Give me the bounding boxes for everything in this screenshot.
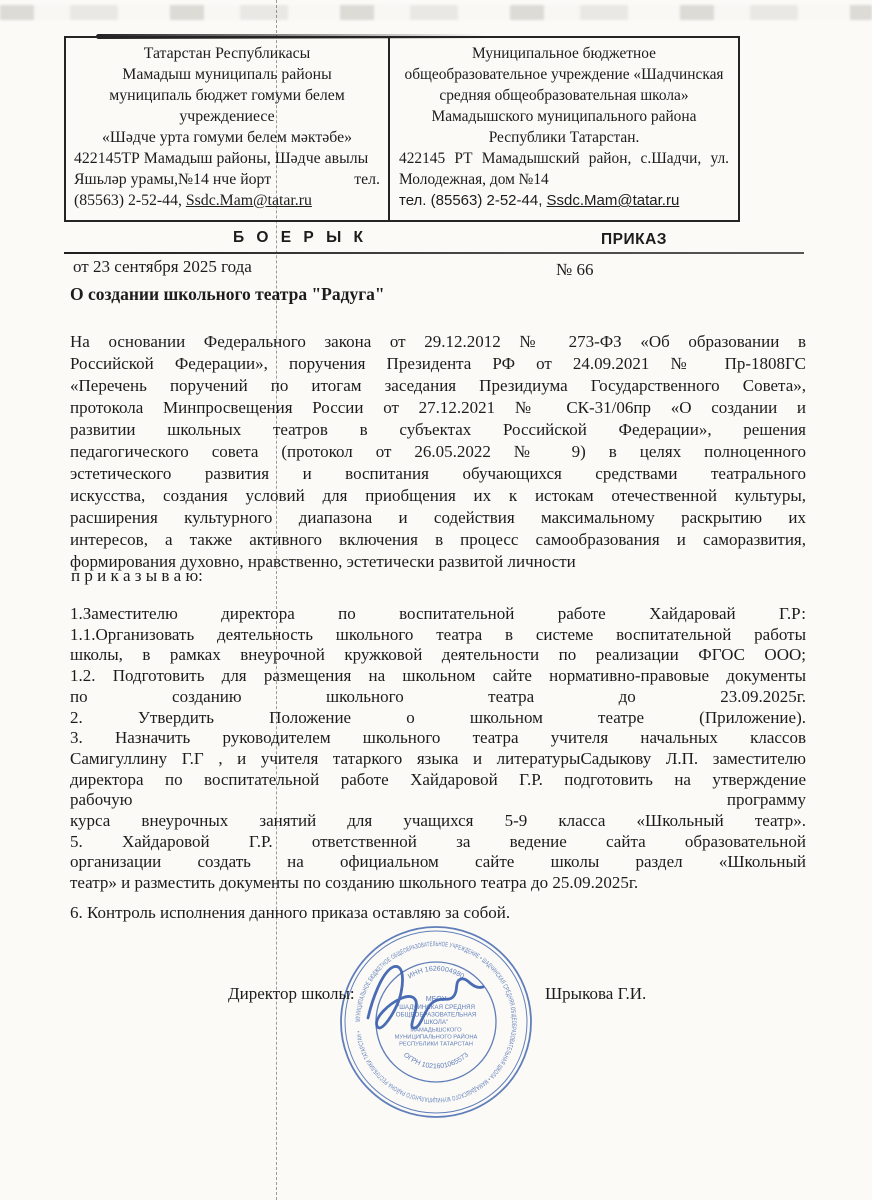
text-line: средняя общеобразовательная школа» [399, 85, 729, 106]
text-line: 1.1.Организовать деятельность школьного … [70, 625, 806, 646]
order-title-russian: ПРИКАЗ [524, 231, 744, 249]
stamp-ogrn-text: ОГРН 1021601065573 [402, 1052, 470, 1071]
control-clause: 6. Контроль исполнения данного приказа о… [70, 903, 510, 923]
scanned-order-document: Татарстан РеспубликасыМамадыш муниципаль… [0, 0, 872, 1200]
letterhead-tatar-cell: Татарстан РеспубликасыМамадыш муниципаль… [66, 38, 390, 220]
text-line: 1.Заместителю директора по воспитательно… [70, 604, 806, 625]
text-line: «Шәдче урта гомуми белем мәктәбе» [74, 127, 380, 148]
text-line: 1.2. Подготовить для размещения на школь… [70, 666, 806, 687]
text-line: театр» и разместить документы по создани… [70, 873, 806, 894]
director-signature [352, 938, 502, 1053]
order-title-tatar: Б О Е Р Ы К [182, 229, 418, 247]
decree-word: п р и к а з ы в а ю: [71, 566, 203, 586]
letterhead-russian-cell: Муниципальное бюджетноеобщеобразовательн… [390, 38, 738, 220]
text-line: протокола Минпросвещения России от 27.12… [70, 397, 806, 419]
text-line: педагогического совета (протокол от 26.0… [70, 441, 806, 463]
text-line: общеобразовательное учреждение «Шадчинск… [399, 64, 729, 85]
text-line: Мамадышского муниципального района [399, 106, 729, 127]
text-line: рабочую программу [70, 790, 806, 811]
russian-address-line-1: 422145 РТ Мамадышский район, с.Шадчи, ул… [399, 148, 729, 169]
text-line: муниципаль бюджет гомуми белем [74, 85, 380, 106]
order-items: 1.Заместителю директора по воспитательно… [70, 604, 806, 894]
email-link: Ssdc.Mam@tatar.ru [186, 192, 312, 209]
order-header: Б О Е Р Ы К ПРИКАЗ от 23 сентября 2025 г… [64, 229, 808, 289]
email-link: Ssdc.Mam@tatar.ru [547, 192, 680, 209]
russian-org-name: Муниципальное бюджетноеобщеобразовательн… [399, 43, 729, 148]
tatar-org-name: Татарстан РеспубликасыМамадыш муниципаль… [74, 43, 380, 148]
tatar-street: Яшьләр урамы,№14 нче йорт [74, 169, 271, 190]
text-line: организации создать на официальном сайте… [70, 852, 806, 873]
scanner-noise-band [0, 5, 872, 20]
tatar-street-line: Яшьләр урамы,№14 нче йорт тел. [74, 169, 380, 190]
text-line: эстетического развития и воспитания обуч… [70, 463, 806, 485]
text-line: Мамадыш муниципаль районы [74, 64, 380, 85]
letterhead-table: Татарстан РеспубликасыМамадыш муниципаль… [64, 36, 740, 222]
order-subject: О создании школьного театра "Радуга" [70, 284, 385, 305]
text-line: интересов, а также активного включения в… [70, 529, 806, 551]
text-line: развитии школьных театров в субъектах Ро… [70, 419, 806, 441]
text-line: директора по воспитательной работе Хайда… [70, 770, 806, 791]
order-number: № 66 [556, 260, 593, 280]
text-line: курса внеурочных занятий для учащихся 5-… [70, 811, 806, 832]
phone-number: (85563) 2-52-44, [74, 192, 186, 209]
phone-number: тел. (85563) 2-52-44, [399, 192, 547, 209]
text-line: расширения культурного диапазона и содей… [70, 507, 806, 529]
text-line: 5. Хайдаровой Г.Р. ответственной за веде… [70, 832, 806, 853]
text-line: Самигуллину Г.Г , и учителя татаркого яз… [70, 749, 806, 770]
text-line: «Перечень поручений по итогам заседания … [70, 375, 806, 397]
text-line: учреждениесе [74, 106, 380, 127]
text-line: по созданию школьного театра до 23.09.20… [70, 687, 806, 708]
header-divider-line [64, 252, 804, 254]
russian-address-line-2: Молодежная, дом №14 [399, 169, 729, 190]
text-line: Татарстан Республикасы [74, 43, 380, 64]
order-date: от 23 сентября 2025 года [73, 257, 252, 277]
text-line: Муниципальное бюджетное [399, 43, 729, 64]
text-line: 3. Назначить руководителем школьного теа… [70, 728, 806, 749]
preamble-paragraph: На основании Федерального закона от 29.1… [70, 331, 806, 573]
tatar-address-line: 422145ТР Мамадыш районы, Шәдче авылы [74, 148, 380, 169]
text-line: искусства, создания условий для приобщен… [70, 485, 806, 507]
tel-label: тел. [354, 169, 380, 190]
text-line: Республики Татарстан. [399, 127, 729, 148]
text-line: школы, в рамках внеурочной кружковой дея… [70, 645, 806, 666]
signer-name: Шрыкова Г.И. [545, 984, 646, 1004]
text-line: На основании Федерального закона от 29.1… [70, 331, 806, 353]
text-line: Российской Федерации», поручения Президе… [70, 353, 806, 375]
tatar-phone-line: (85563) 2-52-44, Ssdc.Mam@tatar.ru [74, 190, 380, 211]
text-line: 2. Утвердить Положение о школьном театре… [70, 708, 806, 729]
russian-phone-line: тел. (85563) 2-52-44, Ssdc.Mam@tatar.ru [399, 190, 729, 211]
